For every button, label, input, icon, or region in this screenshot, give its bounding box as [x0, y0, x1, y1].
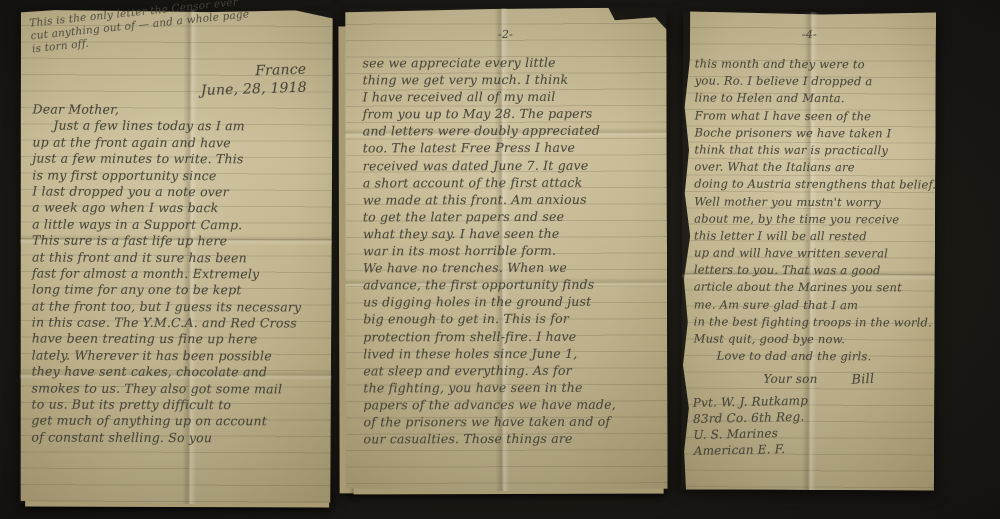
handwritten-line: at the front too, but I guess its necess…: [32, 298, 302, 315]
handwritten-line: of the prisoners we have taken and of: [363, 413, 616, 431]
handwritten-line: at this front and it sure has been: [32, 249, 302, 266]
handwritten-line: we made at this front. Am anxious: [363, 190, 616, 208]
handwritten-line: a little ways in a Support Camp.: [32, 216, 302, 233]
handwritten-line: me. Am sure glad that I am: [694, 296, 936, 314]
letter-body-page-2: see we appreciate every littlething we g…: [362, 54, 616, 448]
soldier-address-block: Pvt. W. J. Rutkamp83rd Co. 6th Reg.U. S.…: [693, 392, 810, 459]
handwritten-line: Dear Mother,: [32, 101, 302, 118]
handwritten-line: Must quit, good bye now.: [694, 330, 936, 348]
handwritten-line: received was dated June 7. It gave: [363, 156, 616, 174]
handwritten-line: doing to Austria strengthens that belief…: [694, 176, 936, 194]
handwritten-line: war in its most horrible form.: [363, 242, 616, 260]
letter-body-page-4: this month and they were toyou. Ro. I be…: [694, 56, 937, 366]
handwritten-line: of constant shelling. So you: [31, 429, 301, 446]
handwritten-line: This sure is a fast life up here: [32, 233, 302, 250]
handwritten-line: long time for any one to be kept: [32, 282, 302, 299]
handwritten-line: our casualties. Those things are: [363, 430, 616, 448]
handwritten-line: I last dropped you a note over: [32, 183, 302, 200]
handwritten-line: think that this war is practically: [694, 141, 936, 159]
handwritten-line: get much of anything up on account: [31, 413, 301, 430]
handwritten-line: I have received all of my mail: [363, 88, 616, 106]
handwritten-line: up at the front again and have: [32, 134, 302, 151]
handwritten-line: big enough to get in. This is for: [363, 310, 616, 328]
handwritten-line: and letters were doubly appreciated: [363, 122, 616, 140]
handwritten-line: papers of the advances we have made,: [363, 396, 616, 414]
handwritten-line: to get the later papers and see: [363, 208, 616, 226]
handwritten-line: this month and they were to: [695, 56, 937, 74]
letter-body-page-1: Dear Mother, Just a few lines today as I…: [31, 101, 302, 446]
page-number: -2-: [344, 28, 666, 42]
handwritten-line: protection from shell-fire. I have: [363, 327, 616, 345]
handwritten-line: they have sent cakes, chocolate and: [32, 364, 302, 381]
page-number: -4-: [683, 27, 936, 41]
handwritten-line: is my first opportunity since: [32, 167, 302, 184]
signature-name: Bill: [851, 372, 875, 388]
letter-photograph: This is the only letter the Censor everc…: [0, 0, 1000, 519]
handwritten-line: what they say. I have seen the: [363, 225, 616, 243]
handwritten-line: lived in these holes since June 1,: [363, 344, 616, 362]
letter-page-4: -4- this month and they were toyou. Ro. …: [681, 11, 936, 490]
handwritten-line: to us. But its pretty difficult to: [31, 397, 301, 414]
handwritten-line: fast for almost a month. Extremely: [32, 265, 302, 282]
handwritten-line: lately. Wherever it has been possible: [32, 347, 302, 364]
handwritten-line: in the best fighting troops in the world…: [694, 313, 936, 331]
handwritten-line: article about the Marines you sent: [694, 279, 936, 297]
handwritten-line: Love to dad and the girls.: [694, 348, 936, 366]
handwritten-line: about me, by the time you receive: [694, 210, 936, 228]
handwritten-line: up and will have written several: [694, 245, 936, 263]
handwritten-line: over. What the Italians are: [694, 159, 936, 177]
handwritten-line: thing we get very much. I think: [363, 71, 616, 89]
handwritten-line: Well mother you mustn't worry: [694, 193, 936, 211]
handwritten-line: a short account of the first attack: [363, 173, 616, 191]
handwritten-line: American E. F.: [694, 440, 810, 459]
letter-page-2: -2- see we appreciate every littlething …: [344, 8, 667, 492]
handwritten-line: us digging holes in the ground just: [363, 293, 616, 311]
handwritten-line: letters to you. That was a good: [694, 262, 936, 280]
handwritten-line: Boche prisoners we have taken I: [694, 124, 936, 142]
handwritten-line: line to Helen and Manta.: [695, 90, 937, 108]
handwritten-line: a week ago when I was back: [32, 200, 302, 217]
handwritten-line: see we appreciate every little: [362, 54, 615, 72]
handwritten-line: Just a few lines today as I am: [32, 118, 302, 135]
handwritten-line: the fighting, you have seen in the: [363, 378, 616, 396]
handwritten-line: in this case. The Y.M.C.A. and Red Cross: [32, 315, 302, 332]
handwritten-line: From what I have seen of the: [695, 107, 937, 125]
handwritten-line: this letter I will be all rested: [694, 227, 936, 245]
letter-dateline: France June, 28, 1918: [200, 61, 307, 100]
letter-page-1: This is the only letter the Censor everc…: [19, 9, 333, 504]
letter-date: June, 28, 1918: [201, 79, 307, 100]
handwritten-line: from you up to May 28. The papers: [363, 105, 616, 123]
signature-prefix: Your son: [763, 372, 817, 387]
handwritten-line: advance, the first opportunity finds: [363, 276, 616, 294]
handwritten-line: smokes to us. They also got some mail: [32, 380, 302, 397]
handwritten-line: too. The latest Free Press I have: [363, 139, 616, 157]
handwritten-line: We have no trenches. When we: [363, 259, 616, 277]
handwritten-line: 83rd Co. 6th Reg.: [693, 408, 809, 427]
handwritten-line: eat sleep and everything. As for: [363, 361, 616, 379]
handwritten-line: have been treating us fine up here: [32, 331, 302, 348]
handwritten-line: you. Ro. I believe I dropped a: [695, 73, 937, 91]
handwritten-line: just a few minutes to write. This: [32, 151, 302, 168]
signature-row: Your son Bill: [763, 372, 874, 387]
